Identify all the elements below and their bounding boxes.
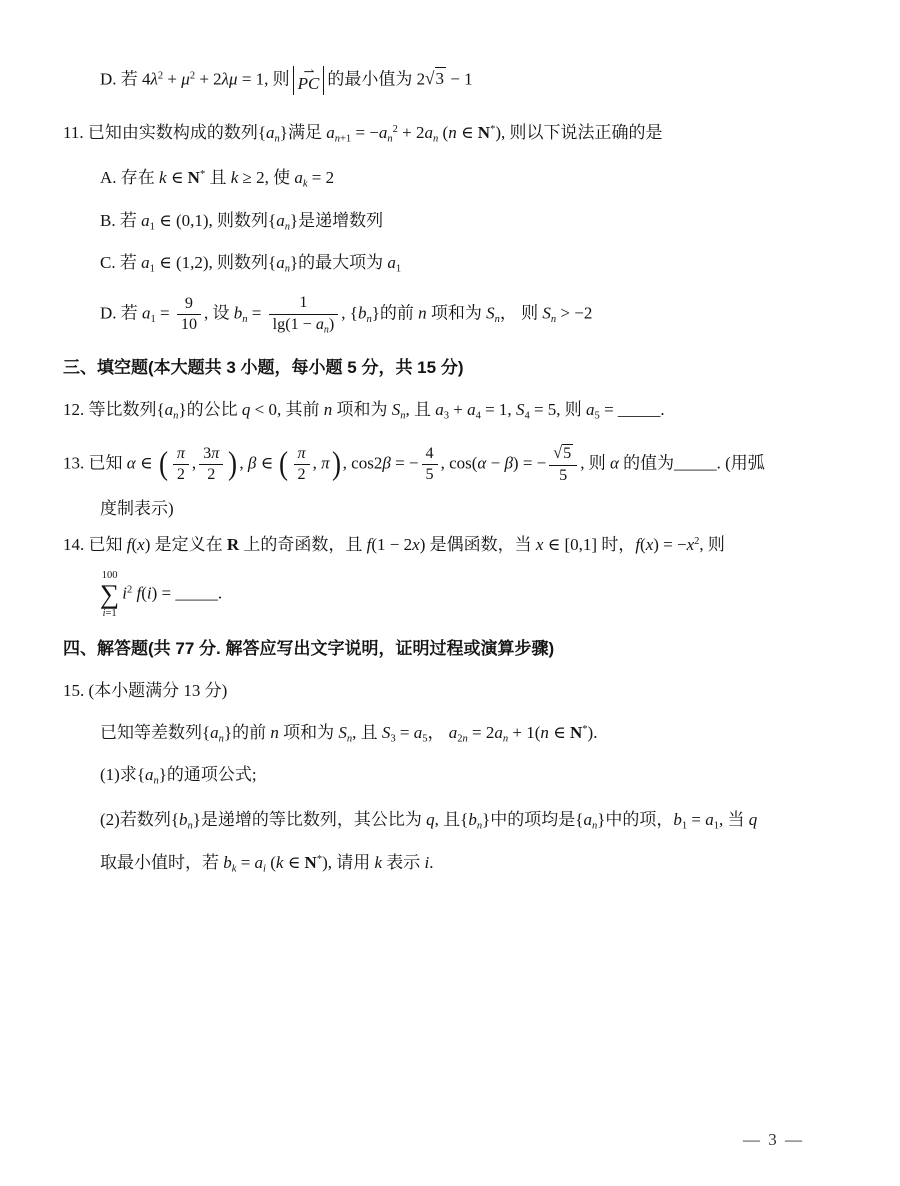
page-number: — 3 — [743, 1130, 804, 1150]
q12-stem: 12. 等比数列{an}的公比 q < 0, 其前 n 项和为 Sn, 且 a3… [63, 399, 844, 422]
q15-part-2: (2)若数列{bn}是递增的等比数列，其公比为 q, 且{bn}中的项均是{an… [63, 809, 844, 832]
q14-sum-expression: 100∑i=1i2 f(i) = _____. [63, 570, 844, 619]
q11-stem: 11. 已知由实数构成的数列{an}满足 an+1 = −an2 + 2an (… [63, 122, 844, 145]
q11-option-d: D. 若 a1 = 910, 设 bn = 1lg(1 − an), {bn}的… [63, 294, 844, 335]
q15-part-1: (1)求{an}的通项公式; [63, 764, 844, 787]
section-4-heading: 四、解答题(共 77 分. 解答应写出文字说明，证明过程或演算步骤) [63, 638, 844, 661]
q15-stem: 已知等差数列{an}的前 n 项和为 Sn, 且 S3 = a5， a2n = … [63, 722, 844, 745]
q11-option-c: C. 若 a1 ∈ (1,2), 则数列{an}的最大项为 a1 [63, 252, 844, 275]
q13-continuation: 度制表示) [63, 498, 844, 521]
q14-stem: 14. 已知 f(x) 是定义在 R 上的奇函数，且 f(1 − 2x) 是偶函… [63, 534, 844, 557]
q11-option-b: B. 若 a1 ∈ (0,1), 则数列{an}是递增数列 [63, 210, 844, 233]
q15-points: 15. (本小题满分 13 分) [63, 680, 844, 703]
exam-page: D. 若 4λ2 + μ2 + 2λμ = 1, 则⇀PC的最小值为 2√3 −… [0, 0, 900, 1186]
q11-option-a: A. 存在 k ∈ N* 且 k ≥ 2, 使 ak = 2 [63, 167, 844, 190]
q13-stem: 13. 已知 α ∈ (π2,3π2), β ∈ (π2, π), cos2β … [63, 444, 844, 485]
section-3-heading: 三、填空题(本大题共 3 小题，每小题 5 分，共 15 分) [63, 357, 844, 380]
q10-option-d: D. 若 4λ2 + μ2 + 2λμ = 1, 则⇀PC的最小值为 2√3 −… [63, 66, 844, 95]
q15-part-2-cont: 取最小值时，若 bk = ai (k ∈ N*), 请用 k 表示 i. [63, 852, 844, 875]
